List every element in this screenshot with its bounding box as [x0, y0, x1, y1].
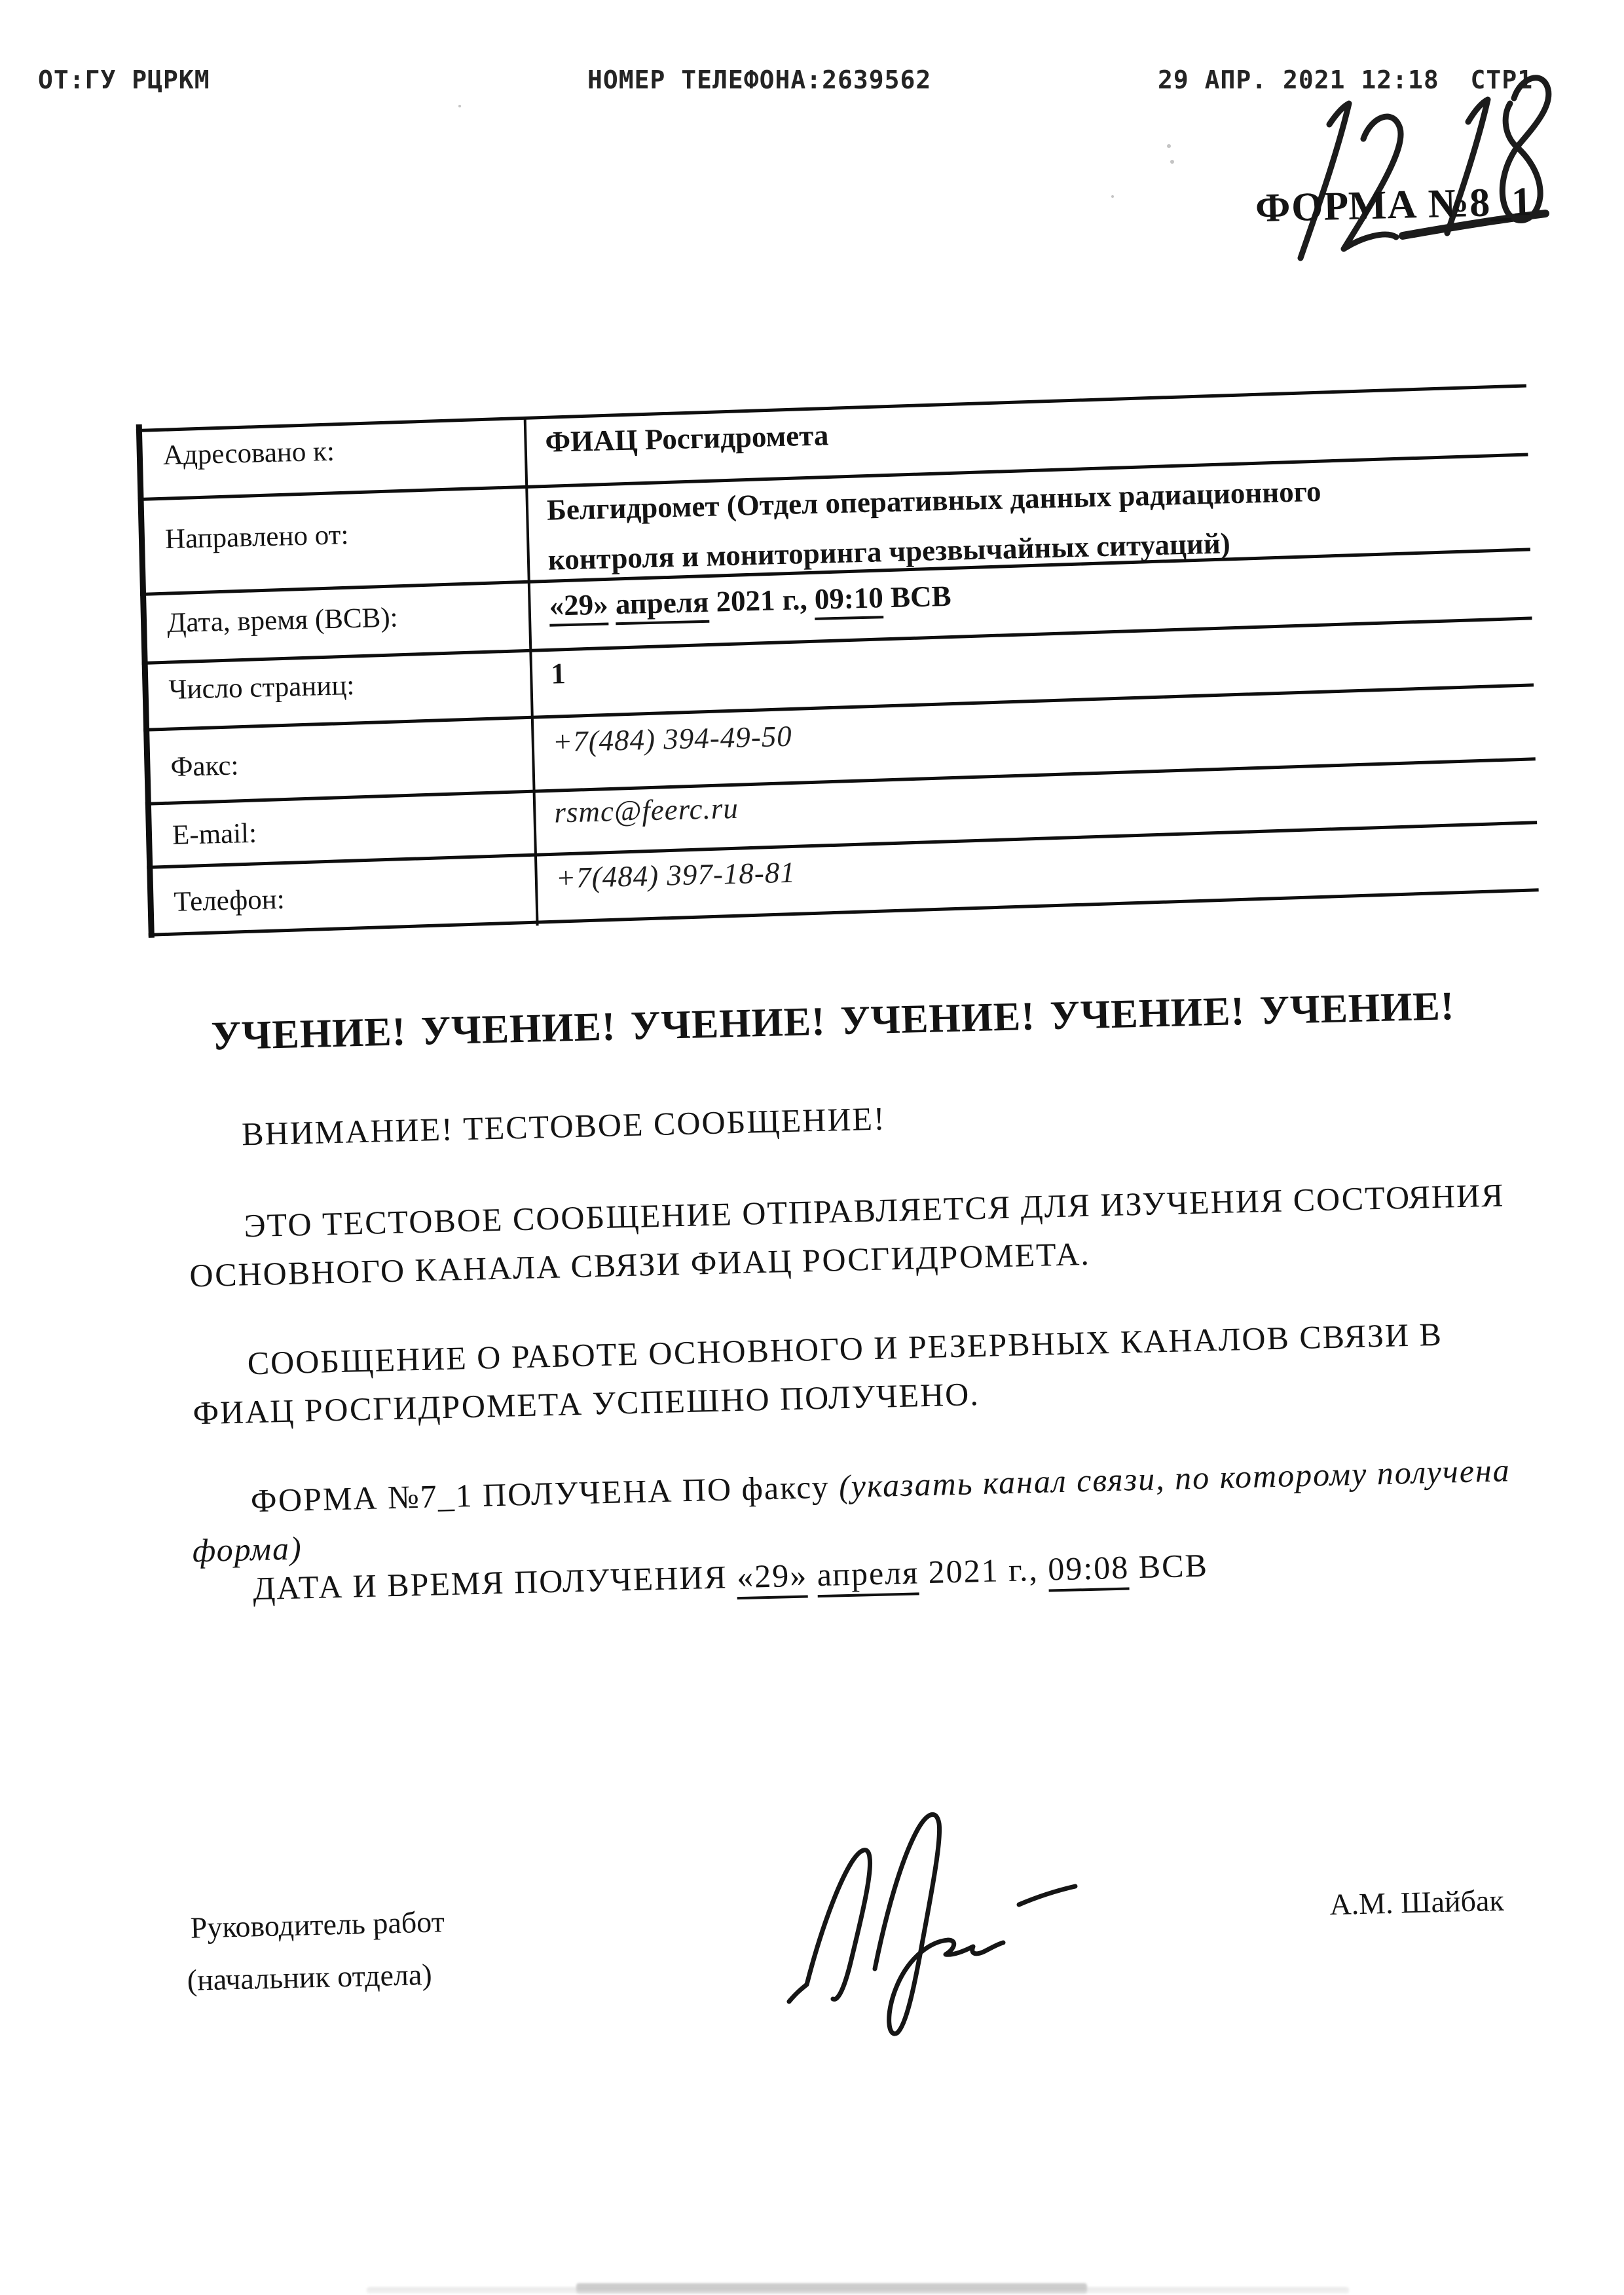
signature-stroke-2: [875, 1814, 948, 2034]
signature-scribble: [0, 0, 1624, 2295]
fax-page: ОТ:ГУ РЦРКМ НОМЕР ТЕЛЕФОНА:2639562 29 АП…: [0, 0, 1624, 2295]
signature-stroke-1: [789, 1850, 870, 2002]
signature-dash: [1019, 1886, 1075, 1905]
signature-stroke-3: [946, 1940, 1003, 1954]
